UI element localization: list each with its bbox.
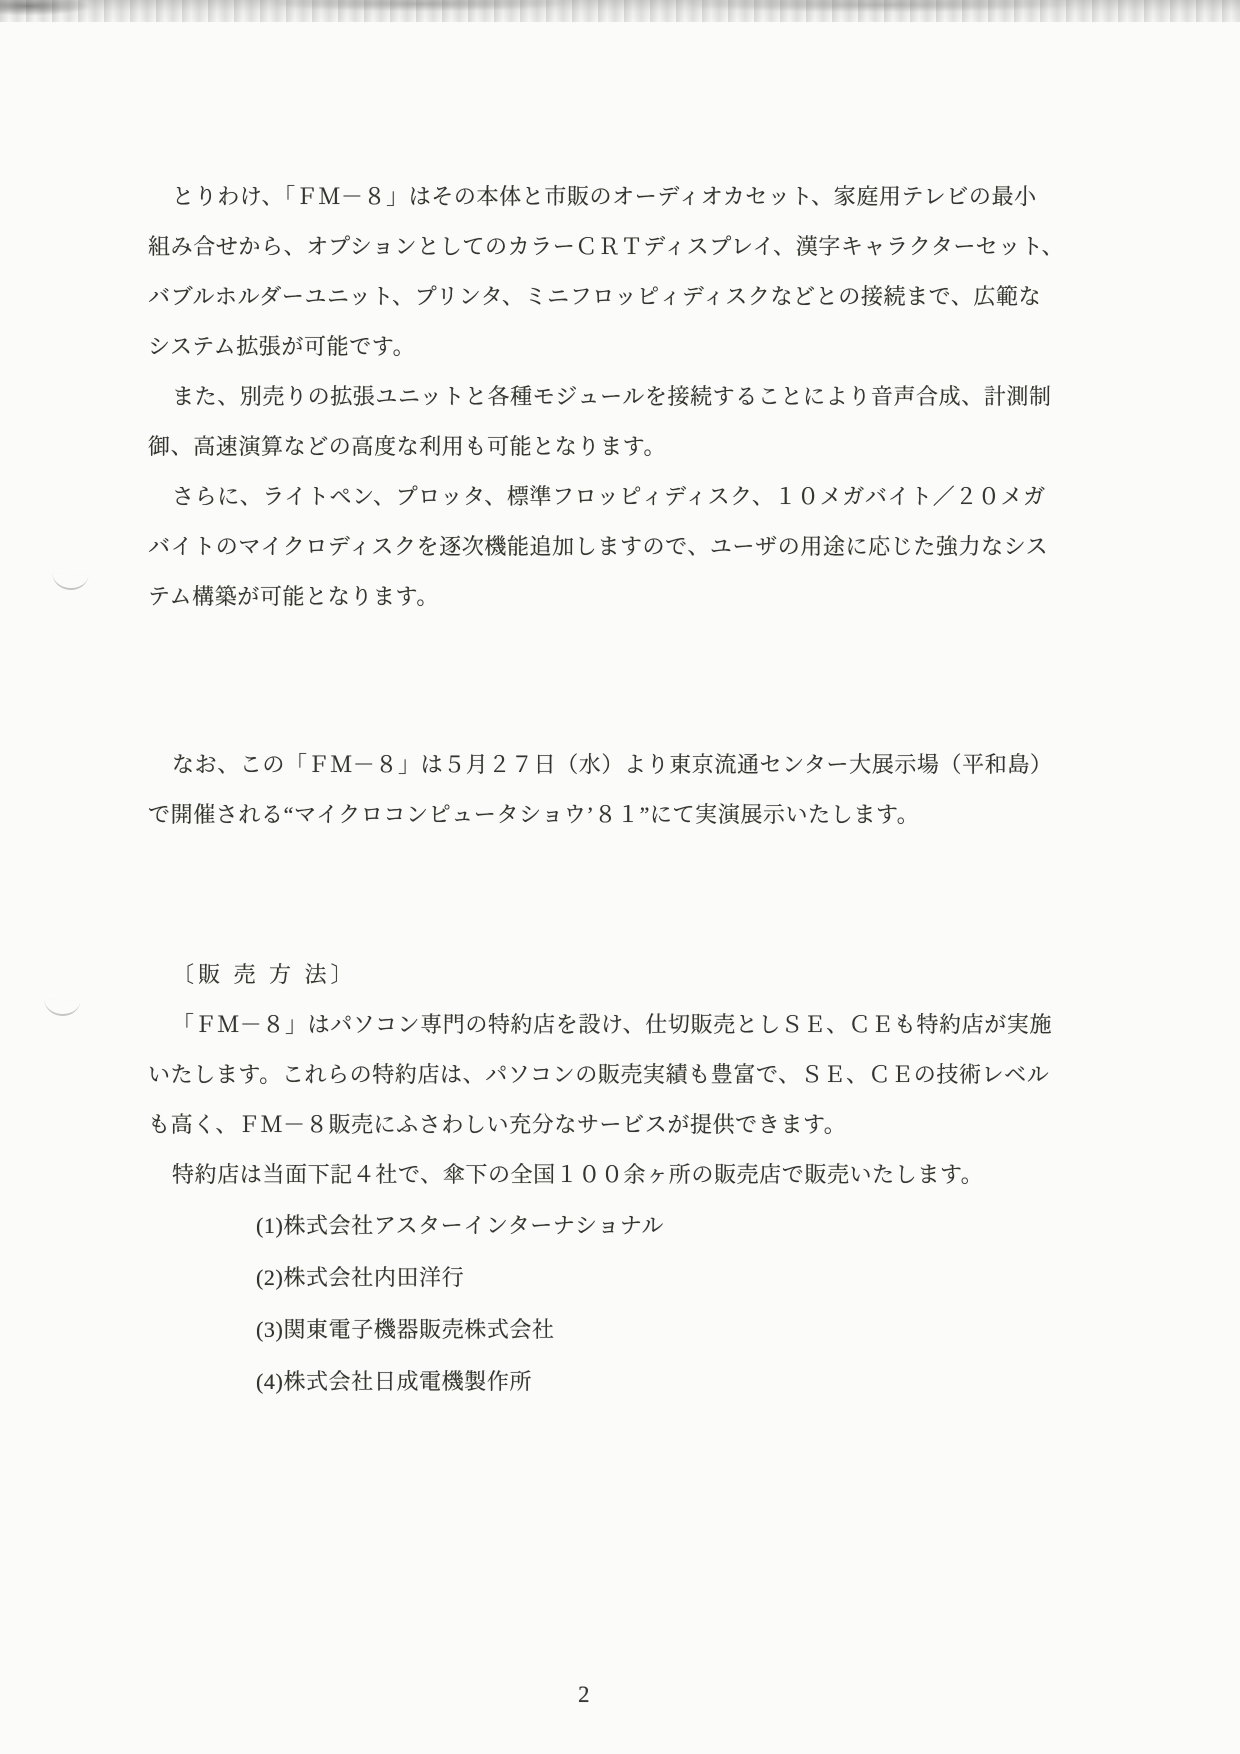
scan-noise-band [0, 0, 1240, 22]
paragraph-system-expansion: とりわけ、「ＦＭ－８」はその本体と市販のオーディオカセット、家庭用テレビの最小 … [148, 172, 1088, 372]
paragraph-exhibition: なお、この「ＦＭ－８」は５月２７日（水）より東京流通センター大展示場（平和島） … [148, 740, 1088, 840]
dealer-list-item: (4)株式会社日成電機製作所 [148, 1356, 1088, 1408]
section-header-sales-method: 〔販 売 方 法〕 [148, 950, 1088, 1000]
text-line: いたします。これらの特約店は、パソコンの販売実績も豊富で、ＳＥ、ＣＥの技術レベル [148, 1050, 1088, 1100]
page-number: 2 [578, 1682, 590, 1708]
sales-method-section: 〔販 売 方 法〕 「ＦＭ－８」はパソコン専門の特約店を設け、仕切販売としＳＥ、… [148, 950, 1088, 1408]
text-line: さらに、ライトペン、プロッタ、標準フロッピィディスク、１０メガバイト／２０メガ [148, 472, 1088, 522]
text-line: なお、この「ＦＭ－８」は５月２７日（水）より東京流通センター大展示場（平和島） [148, 740, 1088, 790]
text-line: 特約店は当面下記４社で、傘下の全国１００余ヶ所の販売店で販売いたします。 [148, 1150, 1088, 1200]
paragraph-future-options: さらに、ライトペン、プロッタ、標準フロッピィディスク、１０メガバイト／２０メガ … [148, 472, 1088, 622]
dealer-list-item: (1)株式会社アスターインターナショナル [148, 1200, 1088, 1252]
text-line: テム構築が可能となります。 [148, 572, 1088, 622]
paragraph-expansion-unit: また、別売りの拡張ユニットと各種モジュールを接続することにより音声合成、計測制 … [148, 372, 1088, 472]
text-line: 組み合せから、オプションとしてのカラーＣＲＴディスプレイ、漢字キャラクターセット… [148, 222, 1088, 272]
dealer-list-item: (2)株式会社内田洋行 [148, 1252, 1088, 1304]
document-body: とりわけ、「ＦＭ－８」はその本体と市販のオーディオカセット、家庭用テレビの最小 … [148, 172, 1088, 1408]
text-line: も高く、ＦＭ－８販売にふさわしい充分なサービスが提供できます。 [148, 1100, 1088, 1150]
text-line: システム拡張が可能です。 [148, 322, 1088, 372]
scan-artifact-mark [44, 999, 81, 1017]
dealer-list-item: (3)関東電子機器販売株式会社 [148, 1304, 1088, 1356]
text-line: 「ＦＭ－８」はパソコン専門の特約店を設け、仕切販売としＳＥ、ＣＥも特約店が実施 [148, 1000, 1088, 1050]
text-line: 御、高速演算などの高度な利用も可能となります。 [148, 422, 1088, 472]
text-line: バイトのマイクロディスクを逐次機能追加しますので、ユーザの用途に応じた強力なシス [148, 522, 1088, 572]
text-line: で開催される“マイクロコンピュータショウ’８１”にて実演展示いたします。 [148, 790, 1088, 840]
scan-artifact-mark [51, 573, 88, 591]
text-line: また、別売りの拡張ユニットと各種モジュールを接続することにより音声合成、計測制 [148, 372, 1088, 422]
text-line: バブルホルダーユニット、プリンタ、ミニフロッピィディスクなどとの接続まで、広範な [148, 272, 1088, 322]
text-line: とりわけ、「ＦＭ－８」はその本体と市販のオーディオカセット、家庭用テレビの最小 [148, 172, 1088, 222]
dealer-list: (1)株式会社アスターインターナショナル (2)株式会社内田洋行 (3)関東電子… [148, 1200, 1088, 1408]
